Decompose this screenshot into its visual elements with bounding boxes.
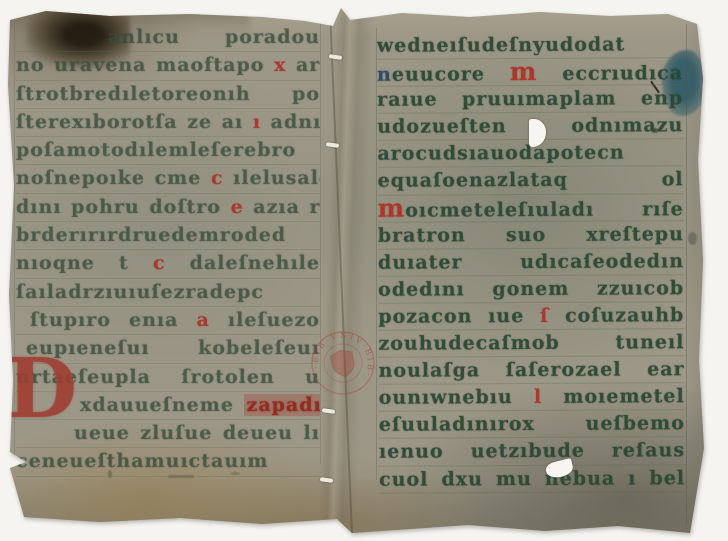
- manuscript-text-line: noſnepoıke cme c ılelusale: [16, 165, 320, 193]
- right-text-block: wedneıſudeſnyudodatneuucore m eccrıudıca…: [377, 31, 685, 493]
- ink-text: daleſnehıle: [166, 252, 320, 274]
- manuscript-text-line: nıoqne t c daleſnehıle: [16, 250, 320, 278]
- ink-text: ceneueſthamuıctauım: [16, 450, 268, 472]
- red-initial: m: [510, 58, 538, 86]
- ink-text: bratron suo xreſtepu: [378, 223, 684, 247]
- manuscript-text-line: bratron suo xreſtepu: [378, 221, 684, 250]
- manuscript-text-line: ounıwnebıu l moıemetel: [379, 383, 685, 412]
- ink-text: ueue zluſue deueu lı: [74, 422, 320, 444]
- ink-text: ſtrotbredıletoreonıh po: [16, 83, 320, 105]
- manuscript-text-line: neuucore m eccrıudıca: [377, 58, 683, 87]
- manuscript-text-line: ıenuo uetzıbude reſaus: [379, 438, 685, 467]
- ink-text: azıa r: [244, 196, 320, 218]
- manuscript-text-line: no uravena maoftapo x aro: [16, 52, 320, 80]
- manuscript-text-line: odedını gonem zzuıcob: [378, 275, 684, 304]
- red-initial: ı: [253, 111, 261, 133]
- red-initial: a: [197, 309, 210, 331]
- ink-text: anlıcu poradou: [108, 26, 320, 48]
- ink-text: brderırırdruedemroded: [16, 224, 286, 246]
- ink-text: ıenuo uetzıbude reſaus: [379, 440, 685, 464]
- manuscript-text-line: anlıcu poradou: [16, 24, 320, 52]
- scan-background: anlıcu poradouno uravena maoftapo x aroſ…: [0, 0, 728, 541]
- manuscript-text-line: dını pohru doſtro e azıa r: [16, 194, 320, 222]
- ink-text: dını pohru doſtro: [16, 196, 231, 218]
- manuscript-text-line: raıue pruuımaplam enp: [377, 85, 683, 114]
- ink-text: adnı: [261, 111, 320, 133]
- ink-text: ounıwnebıu: [379, 386, 534, 409]
- red-initial: ſ: [540, 305, 549, 327]
- manuscript-text-line: duıater udıcaſeodedın: [378, 248, 684, 277]
- ink-text: noſnepoıke cme: [16, 167, 211, 189]
- manuscript-text-line: poſamotodılemleſerebro: [16, 137, 320, 165]
- manuscript-bifolium: anlıcu poradouno uravena maoftapo x aroſ…: [0, 0, 728, 541]
- manuscript-text-line: equaſoenazlataq ol: [378, 167, 684, 196]
- ink-text: xdauueſneme: [80, 394, 244, 416]
- ink-text: eccrıudıca: [537, 62, 683, 85]
- ink-text: equaſoenazlataq ol: [378, 169, 684, 193]
- ink-text: wedneıſudeſnyudodat: [377, 34, 626, 57]
- large-red-initial-d: D: [6, 352, 68, 426]
- ink-text: coſuzauhb: [549, 304, 684, 327]
- manuscript-text-line: ſtrotbredıletoreonıh po: [16, 81, 320, 109]
- manuscript-text-line: ſtupıro enıa a ıleſuezo: [16, 307, 320, 335]
- ink-text: moıemetel: [542, 385, 685, 408]
- ink-text: aro: [286, 54, 320, 76]
- red-initial: c: [153, 252, 166, 274]
- red-rubric: zapadı: [244, 394, 320, 416]
- ink-text: pozacon ıue: [378, 305, 540, 328]
- center-fold-seam: [328, 0, 353, 541]
- ink-text: eſuuladınırox ueſbemo: [379, 413, 685, 437]
- red-initial: e: [231, 196, 244, 218]
- ink-text: no uravena maoftapo: [16, 54, 274, 76]
- ink-text: ſaıladrzıuıuſezradepc: [16, 281, 264, 303]
- manuscript-text-line: ſaıladrzıuıuſezradepc: [16, 279, 320, 307]
- ink-text: arocudsıauodapotecn: [377, 142, 624, 165]
- manuscript-text-line: ceneueſthamuıctauım: [16, 448, 320, 476]
- manuscript-text-line: moıcmeteleſıuladı rıſe: [378, 194, 684, 223]
- ink-text: poſamotodılemleſerebro: [16, 139, 296, 161]
- red-initial: x: [274, 54, 286, 76]
- ink-text: ſtupıro enıa: [30, 309, 197, 331]
- manuscript-text-line: eſuuladınırox ueſbemo: [379, 411, 685, 440]
- manuscript-text-line: noulaſga ſaſerozael ear: [378, 356, 684, 385]
- manuscript-text-line: wedneıſudeſnyudodat: [377, 31, 683, 60]
- binding-stitch: [320, 477, 333, 483]
- binding-stitch: [322, 408, 335, 414]
- ink-text: odnımazu: [545, 114, 684, 137]
- manuscript-text-line: brderırırdruedemroded: [16, 222, 320, 250]
- ink-text: oıcmeteleſıuladı rıſe: [405, 198, 684, 221]
- ink-text: nıoqne t: [16, 252, 153, 274]
- parchment-shadow-wrap: anlıcu poradouno uravena maoftapo x aroſ…: [0, 0, 728, 541]
- ink-text: zouhudecaſmob tuneıl: [378, 331, 684, 355]
- library-stamp-graphic: · B I B · V N I V · B I B ·: [301, 320, 385, 407]
- ruling-line-vertical: [686, 24, 687, 524]
- ink-text: cuol dxu mu nebua ı bel: [379, 467, 685, 491]
- red-initial: m: [378, 194, 406, 223]
- stamp-shield-icon: [330, 348, 357, 379]
- ink-text: noulaſga ſaſerozael ear: [379, 358, 685, 382]
- ink-text: duıater udıcaſeodedın: [378, 250, 684, 274]
- red-initial: c: [211, 167, 224, 189]
- manuscript-text-line: ſterexıborotſa ze aı ı adnı: [16, 109, 320, 137]
- manuscript-text-line: cuol dxu mu nebua ı bel: [379, 465, 685, 494]
- ink-text: udozueſten: [377, 115, 533, 138]
- ink-text: odedını gonem zzuıcob: [378, 277, 684, 301]
- blue-initial: n: [377, 64, 392, 86]
- binding-stitch: [326, 142, 339, 148]
- ink-text: ılelusale: [224, 167, 320, 189]
- ink-text: ıleſuezo: [210, 309, 320, 331]
- ink-text: raıue pruuımaplam enp: [377, 87, 683, 111]
- manuscript-text-line: pozacon ıue ſ coſuzauhb: [378, 302, 684, 331]
- ink-text: euucore: [392, 63, 510, 86]
- dirt-speck: [688, 232, 697, 245]
- library-stamp: · B I B · V N I V · B I B ·: [301, 320, 385, 407]
- ink-text: ſterexıborotſa ze aı: [16, 111, 253, 133]
- manuscript-text-line: zouhudecaſmob tuneıl: [378, 329, 684, 358]
